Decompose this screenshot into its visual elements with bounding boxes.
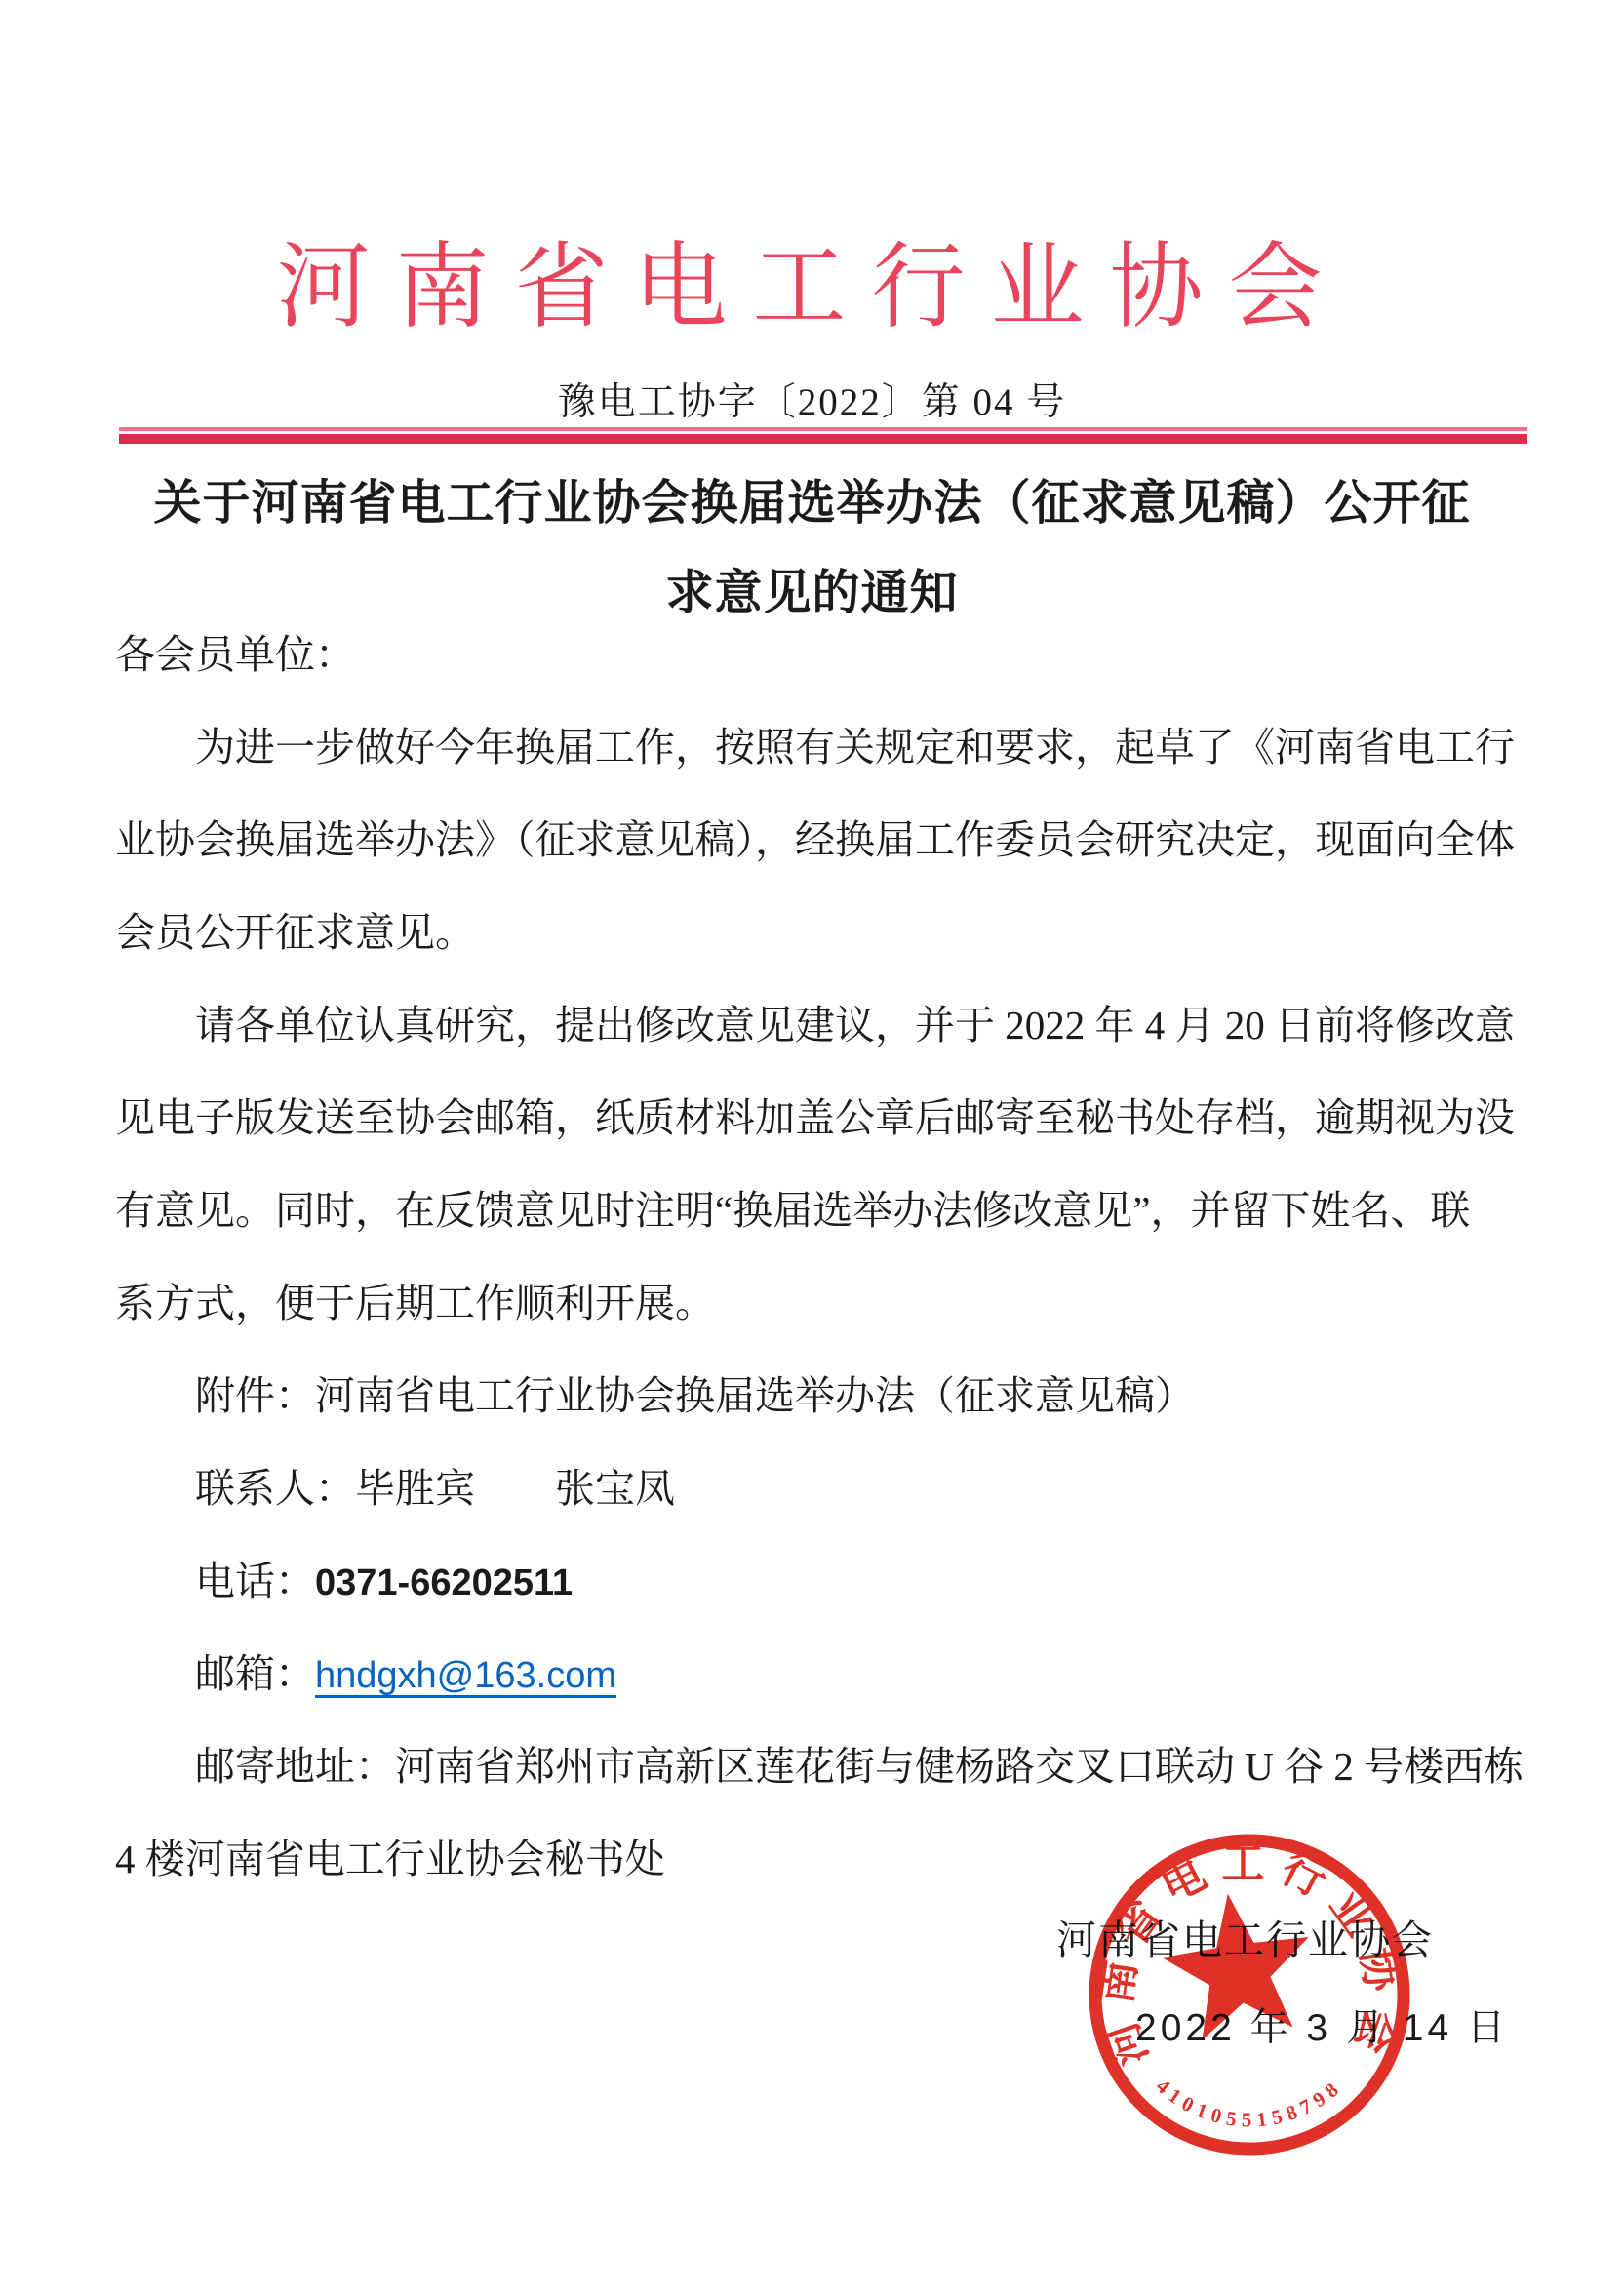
red-divider-thick-line (119, 434, 1527, 444)
body-line: 系方式，便于后期工作顺利开展。 (115, 1257, 1518, 1350)
doc-number: 豫电工协字〔2022〕第 04 号 (0, 372, 1624, 426)
email-link[interactable]: hndgxh@163.com (315, 1655, 616, 1696)
phone-label: 电话： (195, 1559, 315, 1603)
document-body: 各会员单位： 为进一步做好今年换届工作，按照有关规定和要求，起草了《河南省电工行… (115, 609, 1518, 1906)
contacts-line: 联系人：毕胜宾 张宝凤 (115, 1443, 1518, 1535)
body-line: 见电子版发送至协会邮箱，纸质材料加盖公章后邮寄至秘书处存档，逾期视为没 (115, 1072, 1518, 1165)
official-seal: 河南省电工行业协会 4101055158798 (1063, 1800, 1430, 2193)
email-line: 邮箱：hndgxh@163.com (115, 1628, 1518, 1720)
body-line: 会员公开征求意见。 (115, 887, 1518, 979)
seal-code: 4101055158798 (1152, 2075, 1348, 2132)
phone-number: 0371-66202511 (315, 1562, 573, 1603)
body-line: 为进一步做好今年换届工作，按照有关规定和要求，起草了《河南省电工行 (115, 701, 1518, 794)
red-divider-rule (119, 427, 1527, 444)
body-line: 业协会换届选举办法》（征求意见稿），经换届工作委员会研究决定，现面向全体 (115, 794, 1518, 887)
attachment-line: 附件：河南省电工行业协会换届选举办法（征求意见稿） (115, 1350, 1518, 1443)
letterhead-org-name: 河南省电工行业协会 (0, 213, 1624, 346)
body-line: 请各单位认真研究，提出修改意见建议，并于 2022 年 4 月 20 日前将修改… (115, 979, 1518, 1072)
address-line-1: 邮寄地址：河南省郑州市高新区莲花街与健杨路交叉口联动 U 谷 2 号楼西栋 (115, 1720, 1518, 1813)
document-title-line1: 关于河南省电工行业协会换届选举办法（征求意见稿）公开征 (98, 458, 1526, 548)
red-divider-thin-line (119, 427, 1527, 431)
salutation: 各会员单位： (115, 609, 1518, 701)
document-page: 河南省电工行业协会 豫电工协字〔2022〕第 04 号 关于河南省电工行业协会换… (0, 0, 1624, 2294)
phone-line: 电话：0371-66202511 (115, 1535, 1518, 1628)
body-line: 有意见。同时，在反馈意见时注明“换届选举办法修改意见”，并留下姓名、联 (115, 1165, 1518, 1257)
email-label: 邮箱： (195, 1651, 315, 1696)
